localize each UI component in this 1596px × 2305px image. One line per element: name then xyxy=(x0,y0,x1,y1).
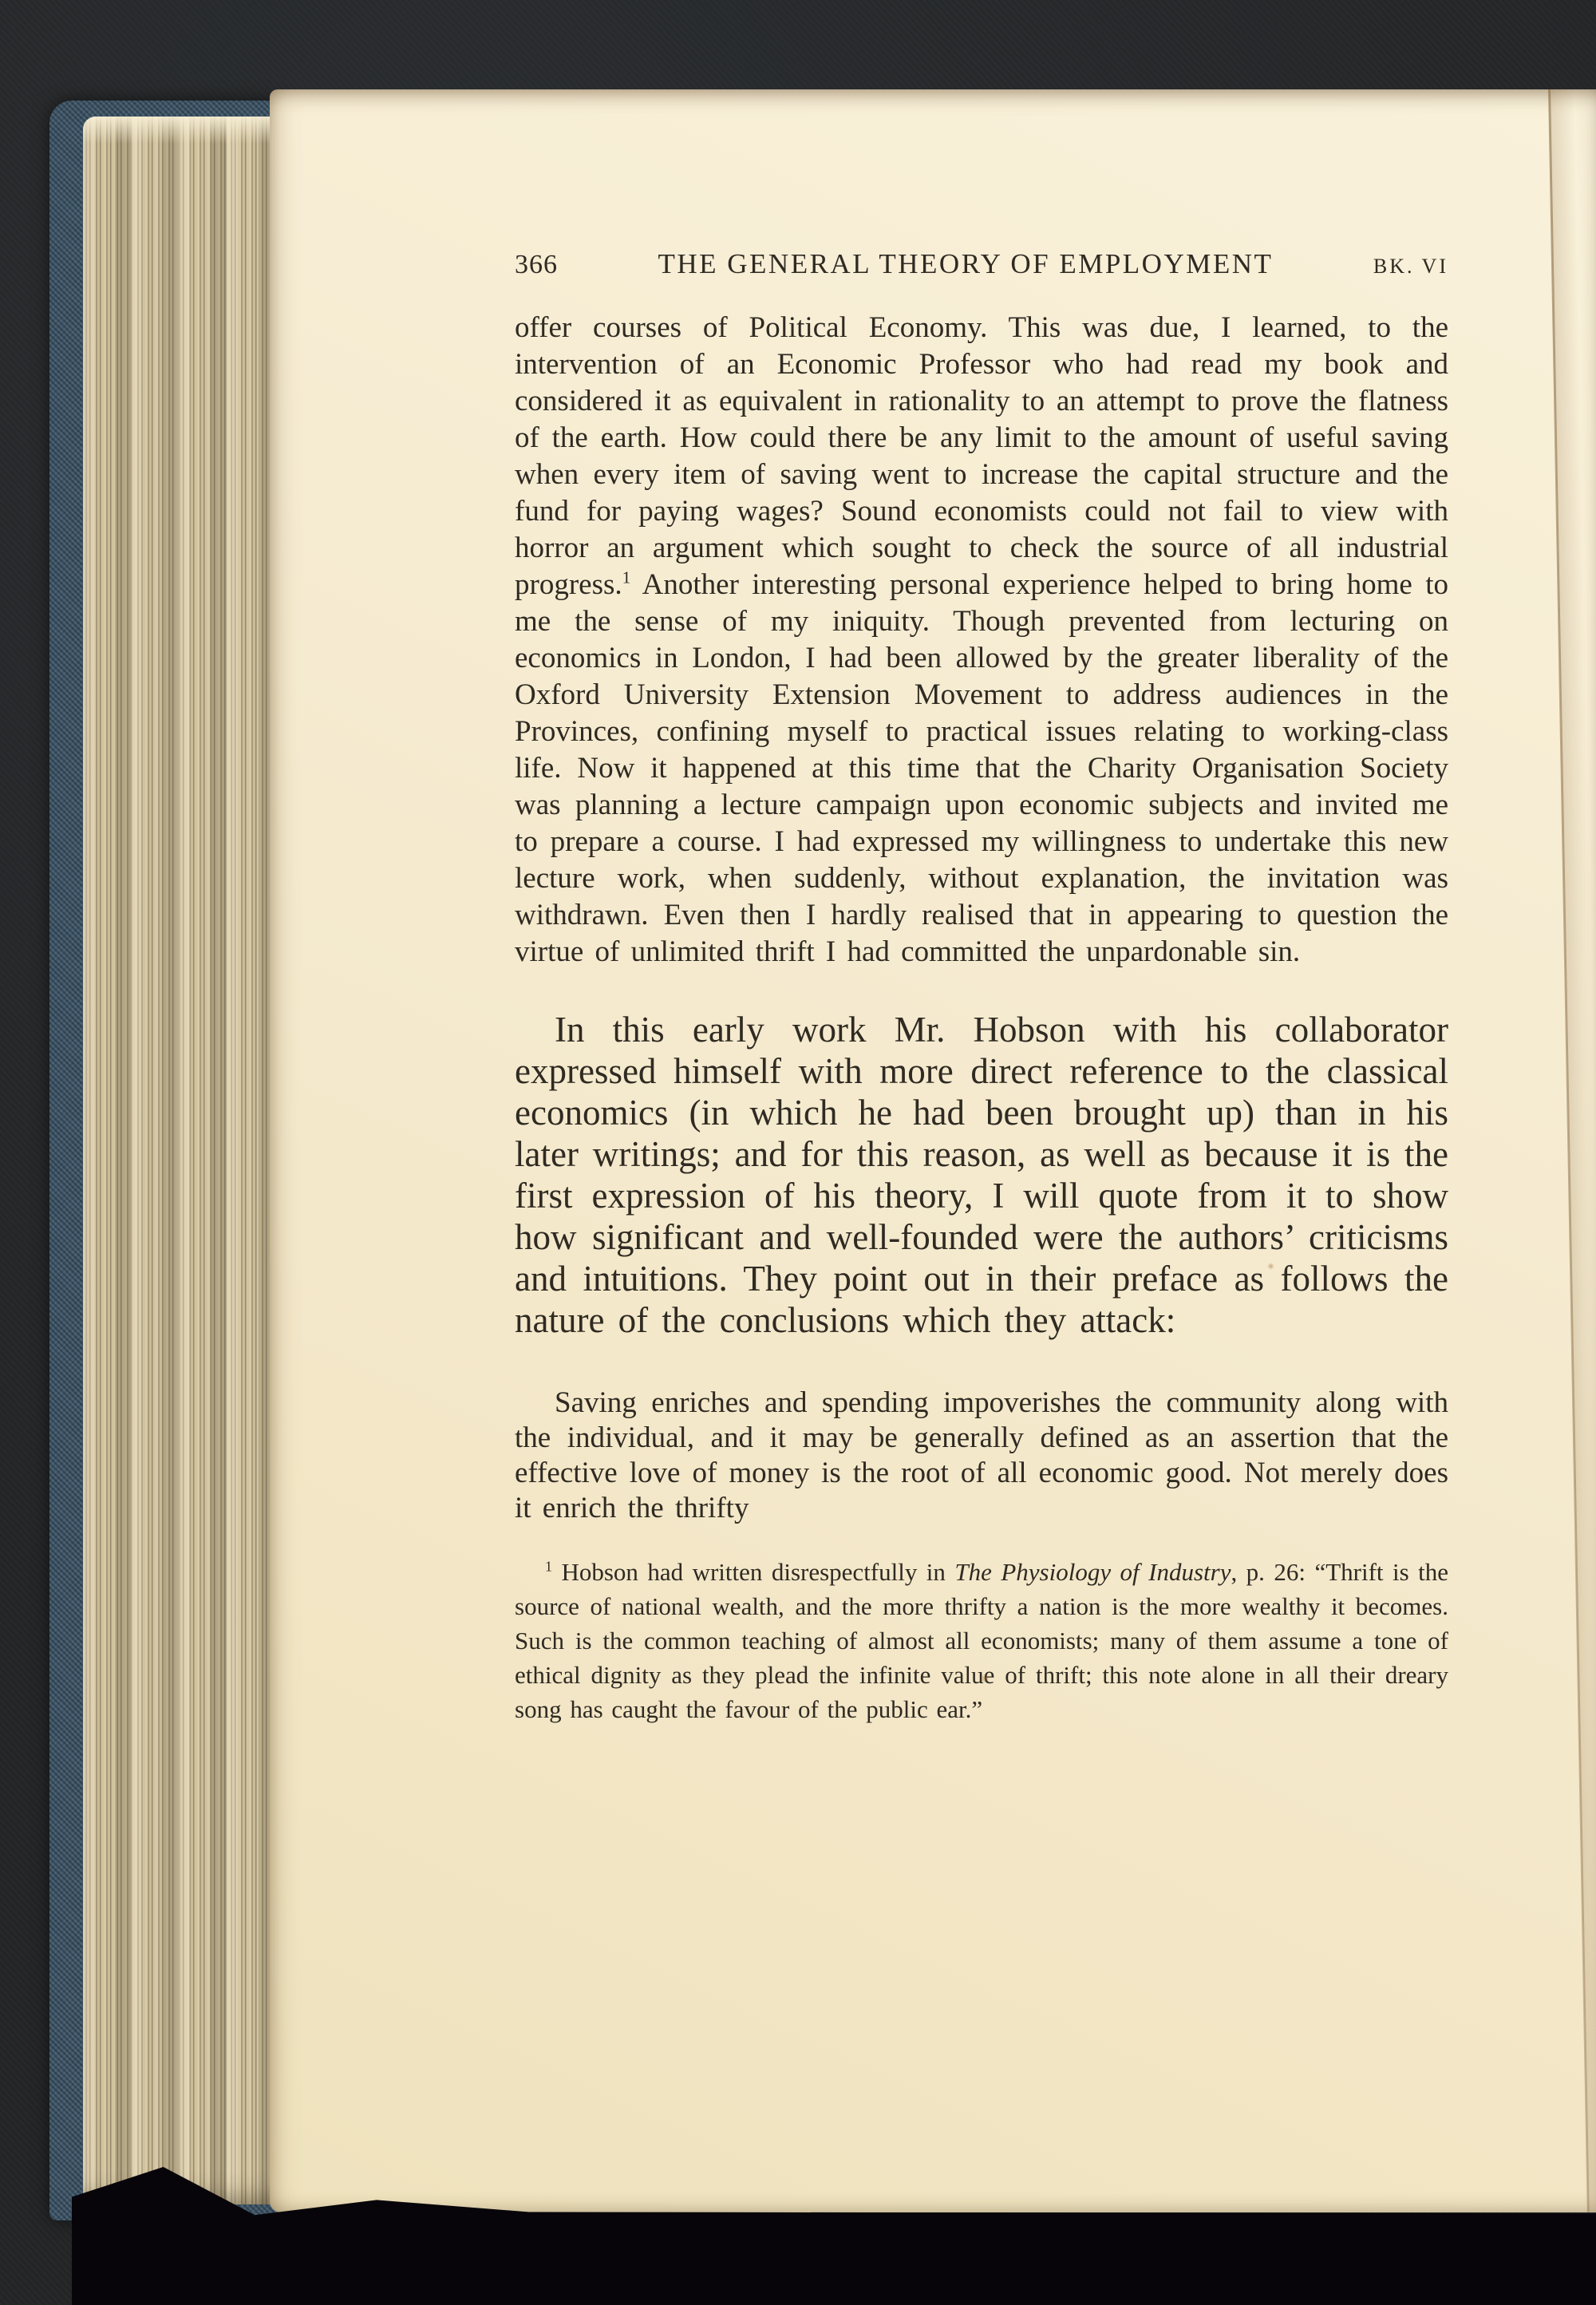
book-section-label: BK. VI xyxy=(1373,248,1448,285)
foxing-spot xyxy=(1267,1263,1274,1270)
foxing-spot xyxy=(980,1674,990,1683)
text-column: 366 THE GENERAL THEORY OF EMPLOYMENT BK.… xyxy=(515,246,1448,1726)
footnote: 1 Hobson had written disrespectfully in … xyxy=(515,1555,1448,1726)
footnote-reference-mark: 1 xyxy=(622,568,631,587)
paragraph-1: offer courses of Political Economy. This… xyxy=(515,310,1448,971)
footnote-text-a: Hobson had written disrespectfully in xyxy=(552,1558,954,1586)
paragraph-2: In this early work Mr. Hobson with his c… xyxy=(515,1009,1448,1341)
paragraph-1-text-a: offer courses of Political Economy. This… xyxy=(515,311,1448,601)
footnote-book-title: The Physiology of Industry xyxy=(954,1558,1231,1586)
footnote-marker: 1 xyxy=(545,1559,552,1575)
page-fore-edge-stack xyxy=(83,117,277,2204)
paragraph-1-text-b: Another interesting personal experience … xyxy=(515,568,1448,968)
running-title: THE GENERAL THEORY OF EMPLOYMENT xyxy=(658,246,1273,283)
page-header: 366 THE GENERAL THEORY OF EMPLOYMENT BK.… xyxy=(515,246,1448,285)
book-page: 366 THE GENERAL THEORY OF EMPLOYMENT BK.… xyxy=(270,89,1596,2212)
block-quotation: Saving enriches and spending impoverishe… xyxy=(515,1386,1448,1526)
page-number: 366 xyxy=(515,247,558,283)
